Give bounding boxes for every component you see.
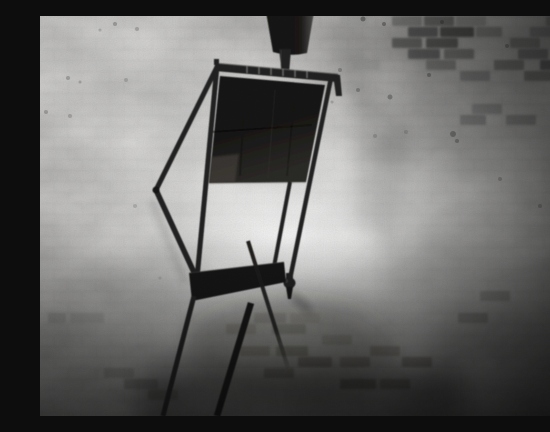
photograph [40, 16, 550, 416]
photo-canvas [40, 16, 550, 416]
film-grain [40, 16, 550, 416]
